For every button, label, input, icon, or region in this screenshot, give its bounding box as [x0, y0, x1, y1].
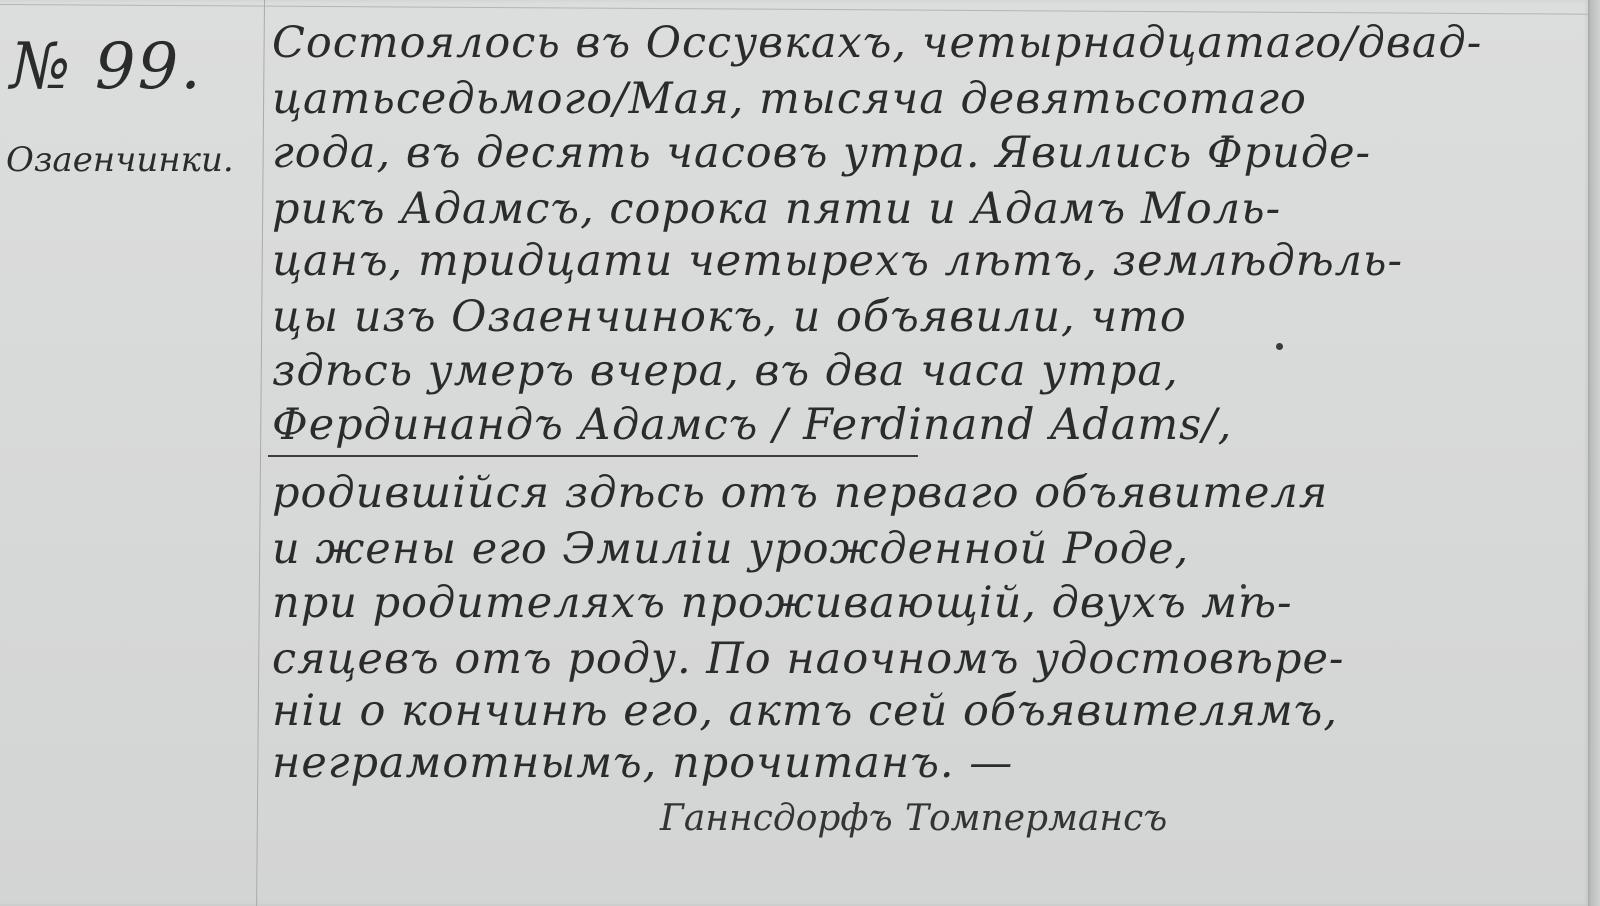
top-rule-line: [0, 4, 1590, 15]
record-line-10: и жены его Эмилiи урожденной Роде,: [272, 524, 1189, 574]
record-line-5: цанъ, тридцати четырехъ лѣтъ, землѣдѣль-: [272, 236, 1403, 286]
page-edge: [1588, 0, 1600, 906]
record-line-2: цатьседьмого/Мая, тысяча девятьсотаго: [272, 74, 1307, 124]
document-page: № 99. Озаенчинки. Состоялось въ Оссувках…: [0, 0, 1590, 906]
ink-speck: [1241, 584, 1246, 589]
record-line-6: цы изъ Озаенчинокъ, и объявили, что: [272, 292, 1187, 342]
signature-2: Томпермансъ: [905, 798, 1167, 839]
entry-village: Озаенчинки.: [6, 140, 234, 180]
record-line-11: при родителяхъ проживающiй, двухъ мѣ-: [272, 578, 1293, 628]
margin-rule-line: [256, 0, 265, 906]
record-line-12: сяцевъ отъ роду. По наочномъ удостовѣре-: [272, 634, 1344, 684]
ink-speck: [1276, 343, 1283, 350]
record-line-7: здѣсь умеръ вчера, въ два часа утра,: [272, 346, 1179, 396]
record-line-9: родившiйся здѣсь отъ перваго объявителя: [272, 468, 1328, 518]
record-line-8: Фердинандъ Адамсъ / Ferdinand Adams/,: [272, 400, 1232, 450]
record-line-3: года, въ десять часовъ утра. Явились Фри…: [272, 128, 1371, 178]
signature-1: Ганнсдорфъ: [660, 798, 893, 839]
record-line-1: Состоялось въ Оссувкахъ, четырнадцатаго/…: [272, 18, 1482, 68]
record-line-13: нiи о кончинѣ его, актъ сей объявителямъ…: [272, 686, 1338, 736]
record-line-14: неграмотнымъ, прочитанъ. —: [272, 738, 1013, 788]
entry-number: № 99.: [10, 30, 203, 104]
name-underline: [268, 455, 918, 457]
record-line-4: рикъ Адамсъ, сорока пяти и Адамъ Моль-: [272, 184, 1281, 234]
